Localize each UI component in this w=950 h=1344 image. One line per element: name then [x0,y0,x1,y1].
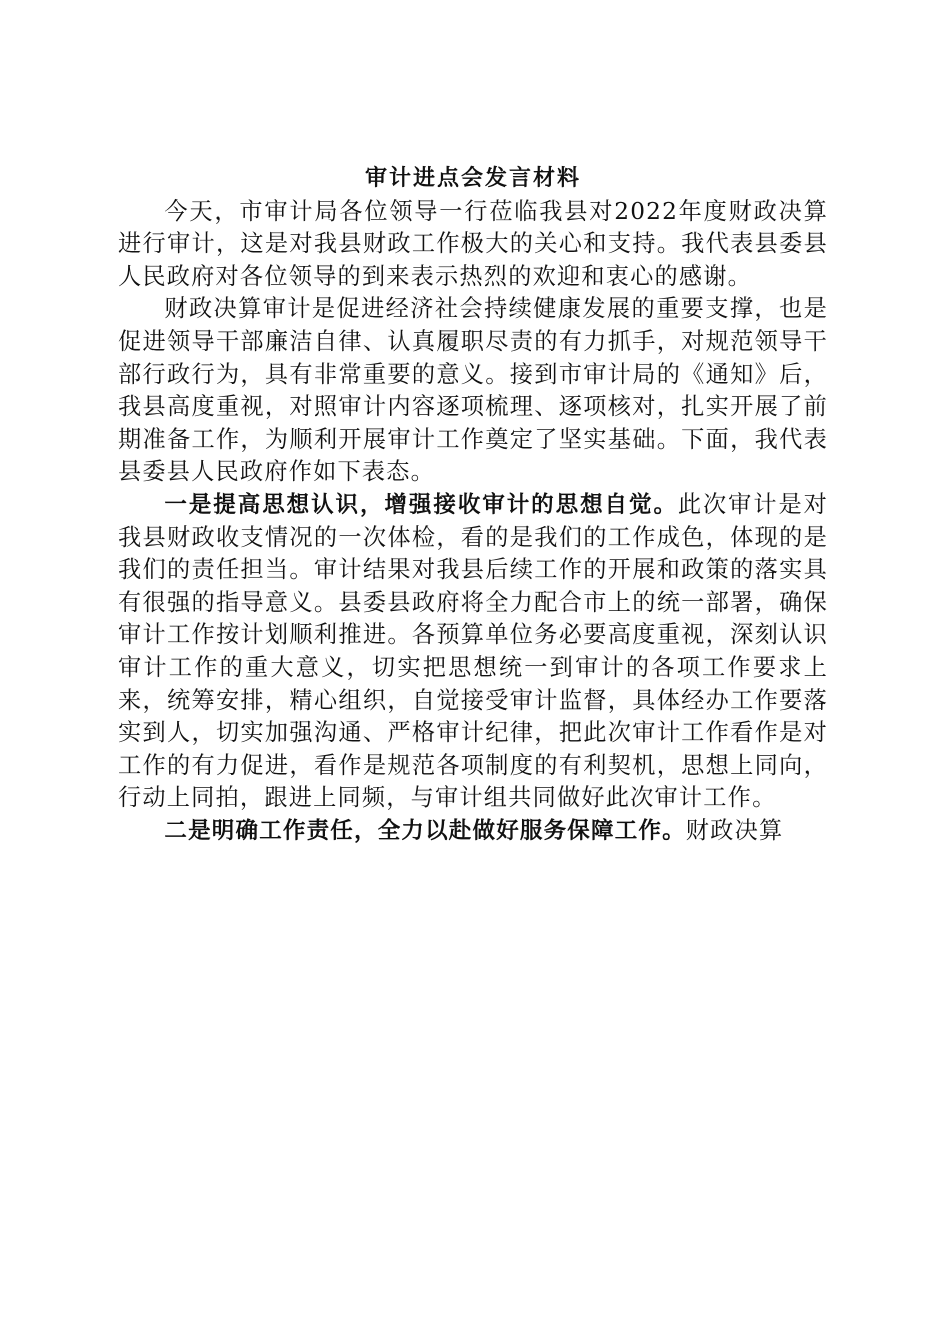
paragraph-text: 财政决算 [686,817,784,844]
paragraph-importance: 财政决算审计是促进经济社会持续健康发展的重要支撑，也是促进领导干部廉洁自律、认真… [118,293,828,489]
paragraph-point-two: 二是明确工作责任，全力以赴做好服务保障工作。财政决算 [118,815,828,848]
document-title: 审计进点会发言材料 [118,163,828,196]
paragraph-text: 财政决算审计是促进经济社会持续健康发展的重要支撑，也是促进领导干部廉洁自律、认真… [118,295,828,485]
paragraph-welcome: 今天，市审计局各位领导一行莅临我县对2022年度财政决算进行审计，这是对我县财政… [118,196,828,294]
paragraph-lead: 一是提高思想认识，增强接收审计的思想自觉。 [164,492,678,518]
paragraph-lead: 二是明确工作责任，全力以赴做好服务保障工作。 [164,818,685,844]
document-page: 审计进点会发言材料 今天，市审计局各位领导一行莅临我县对2022年度财政决算进行… [118,163,828,847]
paragraph-text: 今天，市审计局各位领导一行莅临我县对2022年度财政决算进行审计，这是对我县财政… [118,198,828,290]
paragraph-text: 此次审计是对我县财政收支情况的一次体检，看的是我们的工作成色，体现的是我们的责任… [118,491,828,811]
paragraph-point-one: 一是提高思想认识，增强接收审计的思想自觉。此次审计是对我县财政收支情况的一次体检… [118,489,828,815]
